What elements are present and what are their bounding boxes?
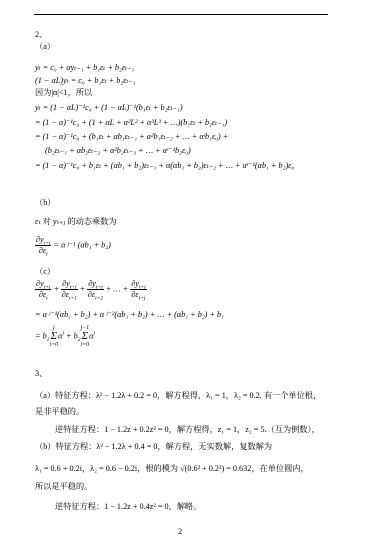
q3a-line-3: 逆特征方程：1 − 1.2z + 0.2z² = 0，解方程得，z₁ = 1，z…: [55, 426, 320, 434]
q2a-eq-2: (1 − αL)yₜ = c₀ + b₁εₜ + b₂εₜ₋₁: [35, 77, 136, 85]
q3b-line-4: 逆特征方程：1 − 1.2z + 0.4z² = 0，解略。: [55, 503, 201, 511]
q3a-line-1: （a）特征方程：λ² − 1.2λ + 0.2 = 0，解方程得，λ₁ = 1，…: [35, 392, 321, 400]
q2a-eq-1: yₜ = c₀ + αyₜ₋₁ + b₁εₜ + b₂εₜ₋₁: [35, 64, 134, 72]
q2a-eq-5: = (1 − α)⁻¹c₀ + (1 + αL + α²L² + α³L³ + …: [35, 119, 227, 127]
q2a-label: （a）: [35, 43, 55, 51]
q3a-line-2: 是非平稳的。: [35, 408, 84, 416]
q2a-text-since: 因为|α|<1，所以: [35, 89, 92, 97]
q2b-label: （b）: [35, 199, 55, 207]
q2c-label: （c）: [35, 268, 55, 276]
q2a-eq-7: (b₂εₜ₋₁ + αb₂εₜ₋₂ + α²b₂εₜ₋₃ + … + αᵗ⁻¹b…: [45, 147, 191, 155]
q2b-text: εₜ 对 yₜ₊ⱼ 的动态乘数为: [35, 218, 117, 226]
page-number: 2: [178, 528, 182, 536]
q2-heading: 2、: [35, 31, 47, 39]
q2b-formula-rhs: = α ʲ⁻¹ (αb₁ + b₂): [54, 241, 111, 250]
q3b-line-3: 所以是平稳的。: [35, 483, 92, 491]
q3-heading: 3、: [35, 370, 47, 378]
q2b-formula: ∂yt+j∂εt = α ʲ⁻¹ (αb₁ + b₂): [35, 236, 111, 255]
summation-symbol: j−1Σi=0: [80, 325, 89, 348]
q2c-eq-2: = α ʲ⁻¹(αb₁ + b₂) + α ʲ⁻²(αb₁ + b₂) + … …: [35, 311, 224, 319]
summation-symbol: jΣi=0: [49, 325, 58, 348]
q2a-eq-4: yₜ = (1 − αL)⁻¹c₀ + (1 − αL)⁻¹(b₁εₜ + b₂…: [35, 104, 183, 112]
q2c-sum-of-partials: ∂yt+j∂εt + ∂yt+j∂εt+1 + ∂yt+j∂εt+2 + … +…: [35, 280, 147, 299]
q3b-line-2: λ₁ = 0.6 + 0.2i，λ₂ = 0.6 − 0.2i，根的模为 √(0…: [35, 465, 309, 473]
q2c-eq-3: = b1jΣi=0αi + b2j−1Σi=0αi: [35, 325, 95, 348]
q2a-eq-8: = (1 − α)⁻¹c₀ + b₁εₜ + (αb₁ + b₂)εₜ₋₁ + …: [35, 162, 294, 170]
q2a-eq-6: = (1 − α)⁻¹c₀ + (b₁εₜ + αb₁εₜ₋₁ + α²b₁εₜ…: [35, 133, 228, 141]
header-rule: [34, 14, 328, 15]
q3b-line-1: （b）特征方程：λ² − 1.2λ + 0.4 = 0，解方程，无实数解，复数解…: [35, 443, 272, 451]
partial-fraction: ∂yt+j∂εt: [35, 236, 51, 255]
